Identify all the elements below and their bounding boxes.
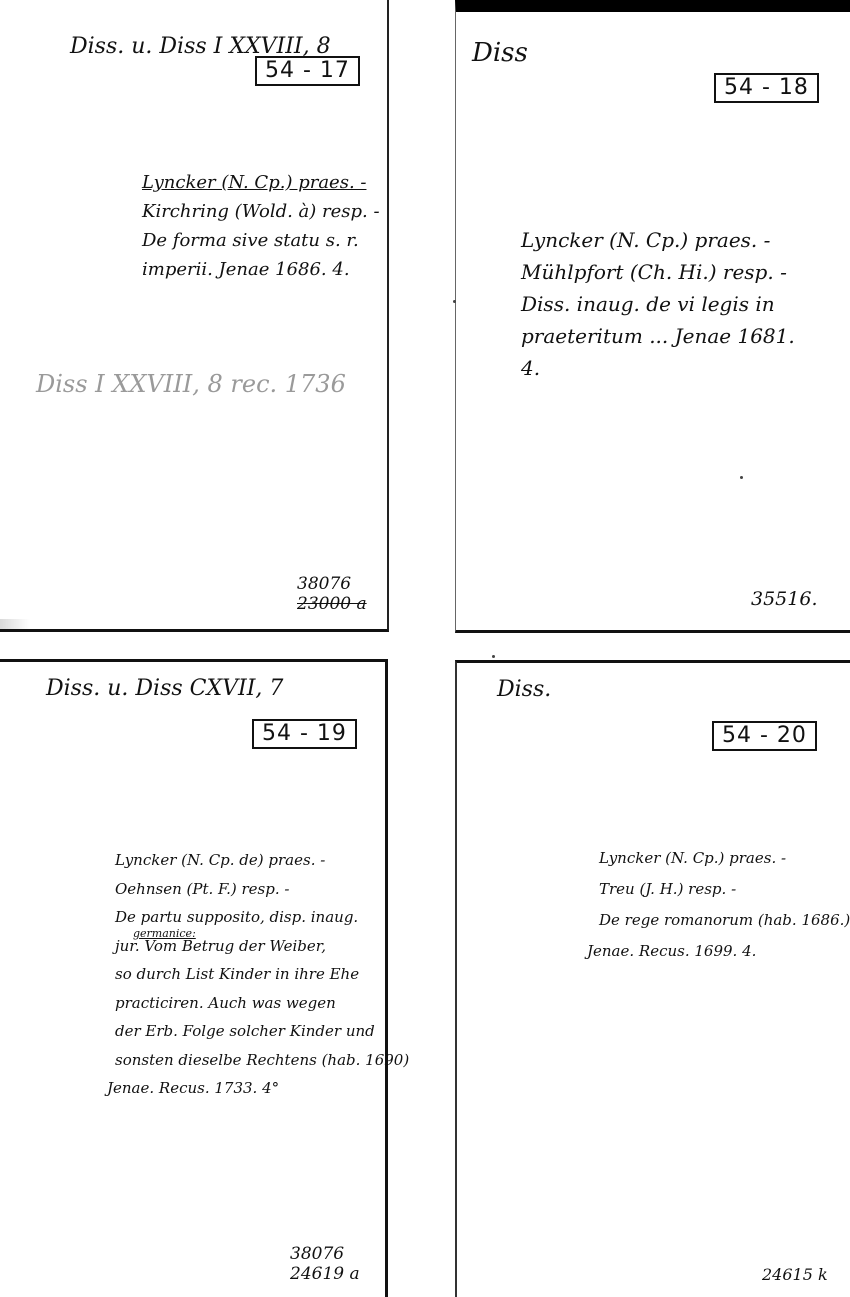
- entry-line: sonsten dieselbe Rechtens (hab. 1690): [115, 1046, 409, 1075]
- pencil-note: Diss I XXVIII, 8 rec. 1736: [36, 372, 346, 396]
- catalog-entry: Lyncker (N. Cp.) praes. - Mühlpfort (Ch.…: [521, 224, 795, 384]
- entry-line: Lyncker (N. Cp.) praes. -: [142, 168, 380, 197]
- entry-line: praeteritum ... Jenae 1681.: [521, 320, 795, 352]
- catalog-entry: Lyncker (N. Cp.) praes. - Kirchring (Wol…: [142, 168, 380, 284]
- accession-number: 38076 23000 a: [297, 574, 367, 614]
- entry-line: Kirchring (Wold. à) resp. -: [142, 197, 380, 226]
- shelfmark: Diss. u. Diss I XXVIII, 8: [70, 36, 331, 58]
- catalog-number: 54 - 20: [712, 721, 817, 751]
- entry-line: Jenae. Recus. 1699. 4.: [587, 936, 850, 967]
- entry-line: Lyncker (N. Cp. de) praes. -: [115, 846, 409, 875]
- catalog-entry: Lyncker (N. Cp.) praes. - Treu (J. H.) r…: [599, 843, 850, 967]
- interlinear-note: germanice:: [133, 920, 196, 949]
- accession-number: 38076 24619 a: [290, 1244, 360, 1284]
- entry-line: Lyncker (N. Cp.) praes. -: [599, 843, 850, 874]
- catalog-entry: Lyncker (N. Cp. de) praes. - Oehnsen (Pt…: [115, 846, 409, 1103]
- catalog-card-54-19: Diss. u. Diss CXVII, 7 54 - 19 Lyncker (…: [0, 659, 388, 1297]
- card-shadow: [0, 619, 30, 629]
- shelfmark: Diss: [472, 40, 528, 66]
- entry-line: De forma sive statu s. r.: [142, 226, 380, 255]
- entry-line: so durch List Kinder in ihre Ehe: [115, 960, 409, 989]
- accession-line: 38076: [290, 1244, 360, 1264]
- entry-line: imperii. Jenae 1686. 4.: [142, 255, 380, 284]
- catalog-number: 54 - 17: [255, 56, 360, 86]
- entry-line: Jenae. Recus. 1733. 4°: [107, 1074, 409, 1103]
- accession-number: 35516.: [751, 589, 817, 609]
- entry-line: Treu (J. H.) resp. -: [599, 874, 850, 905]
- speck: [453, 300, 456, 303]
- shelfmark: Diss. u. Diss CXVII, 7: [46, 678, 283, 700]
- catalog-card-54-20: Diss. 54 - 20 Lyncker (N. Cp.) praes. - …: [455, 660, 850, 1297]
- entry-line: Lyncker (N. Cp.) praes. -: [521, 224, 795, 256]
- entry-line: Oehnsen (Pt. F.) resp. -: [115, 875, 409, 904]
- accession-line: 38076: [297, 574, 367, 594]
- accession-line: 23000 a: [297, 594, 367, 614]
- entry-line: Diss. inaug. de vi legis in: [521, 288, 795, 320]
- catalog-card-54-17: Diss. u. Diss I XXVIII, 8 54 - 17 Lyncke…: [0, 0, 389, 632]
- accession-line: 24619 a: [290, 1264, 360, 1284]
- entry-line: 4.: [521, 352, 795, 384]
- accession-number: 24615 k: [762, 1265, 828, 1285]
- catalog-number: 54 - 18: [714, 73, 819, 103]
- catalog-number: 54 - 19: [252, 719, 357, 749]
- entry-line: practiciren. Auch was wegen: [115, 989, 409, 1018]
- speck: [740, 476, 743, 479]
- catalog-card-54-18: Diss 54 - 18 Lyncker (N. Cp.) praes. - M…: [455, 0, 850, 633]
- entry-line: De rege romanorum (hab. 1686.): [599, 905, 850, 936]
- entry-line-with-note: germanice: jur. Vom Betrug der Weiber,: [115, 932, 409, 961]
- entry-line: der Erb. Folge solcher Kinder und: [115, 1017, 409, 1046]
- speck: [492, 655, 495, 658]
- entry-line: Mühlpfort (Ch. Hi.) resp. -: [521, 256, 795, 288]
- shelfmark: Diss.: [497, 679, 551, 701]
